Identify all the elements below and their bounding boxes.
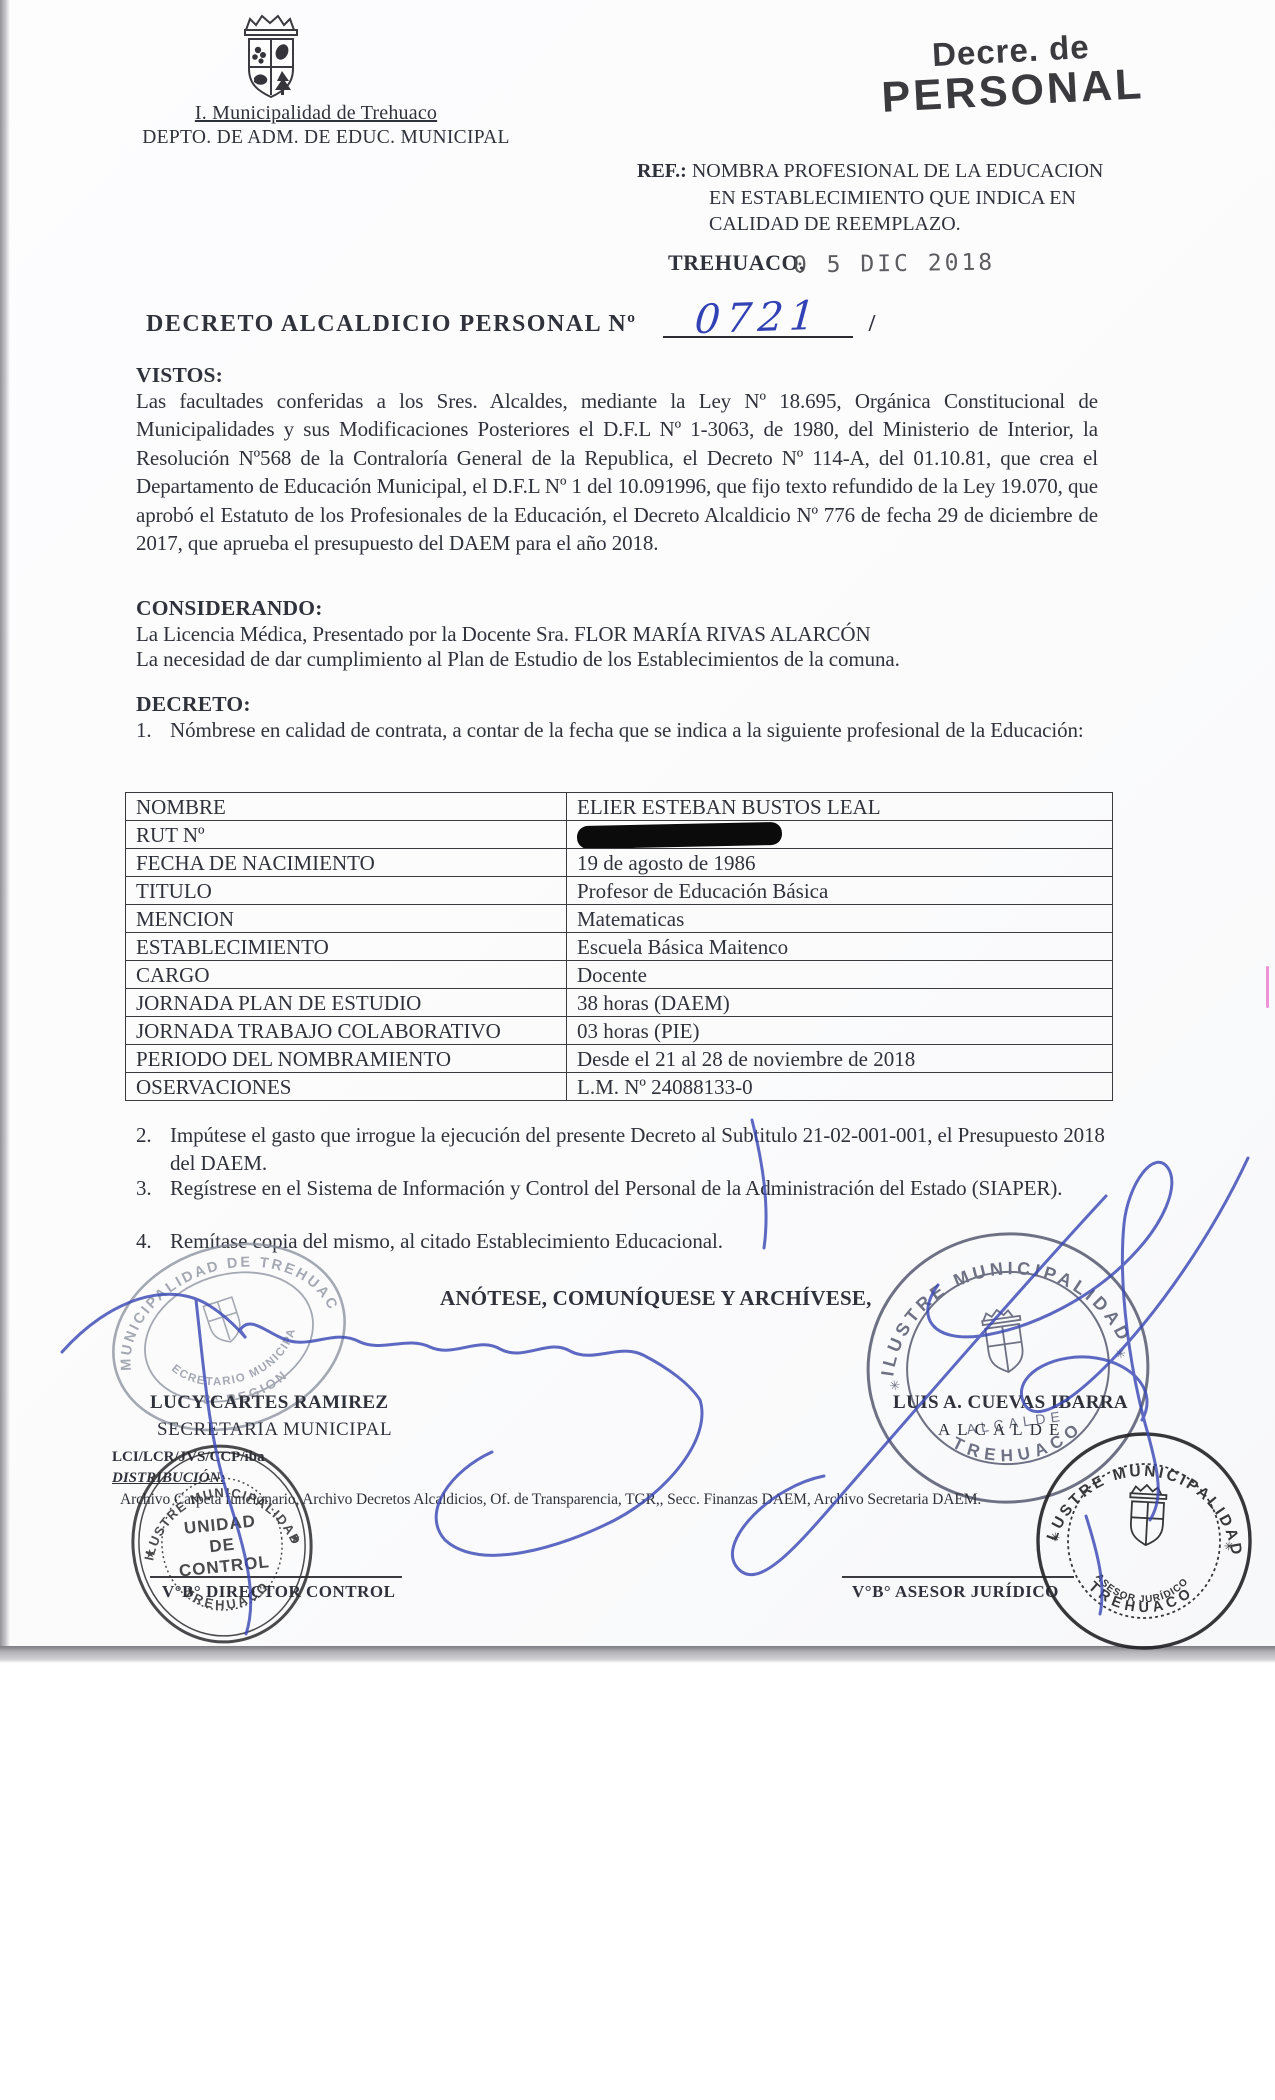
row-label: PERIODO DEL NOMBRAMIENTO <box>126 1045 567 1073</box>
decreto-item-1: 1. Nómbrese en calidad de contrata, a co… <box>136 717 1120 745</box>
decree-number-handwritten: 0721 <box>693 298 822 338</box>
vistos-body: Las facultades conferidas a los Sres. Al… <box>136 387 1098 557</box>
date-stamp: 0 5 DIC 2018 <box>793 250 996 279</box>
decreto-item-2: 2. Impútese el gasto que irrogue la ejec… <box>136 1122 1120 1177</box>
ref-label: REF.: <box>637 160 687 182</box>
ref-text-1: NOMBRA PROFESIONAL DE LA EDUCACION <box>692 160 1104 182</box>
row-value: Desde el 21 al 28 de noviembre de 2018 <box>567 1045 1113 1073</box>
item-text: Nómbrese en calidad de contrata, a conta… <box>170 717 1120 745</box>
table-row: FECHA DE NACIMIENTO19 de agosto de 1986 <box>126 849 1113 877</box>
row-label: OSERVACIONES <box>126 1073 567 1101</box>
row-label: JORNADA TRABAJO COLABORATIVO <box>126 1017 567 1045</box>
secretary-name: LUCY CARTES RAMIREZ <box>150 1392 388 1414</box>
scan-bottom-shadow <box>0 1646 1275 1663</box>
row-label: MENCION <box>126 905 567 933</box>
item-number: 3. <box>136 1175 170 1203</box>
vistos-heading: VISTOS: <box>136 363 223 388</box>
row-value: Docente <box>567 961 1113 989</box>
row-label: NOMBRE <box>126 793 567 821</box>
table-row: MENCIONMatematicas <box>126 905 1113 933</box>
scan-left-shadow <box>0 0 10 1652</box>
dateline-city: TREHUACO, <box>668 250 805 276</box>
mayor-name: LUIS A. CUEVAS IBARRA <box>893 1392 1128 1414</box>
ref-line1: REF.: NOMBRA PROFESIONAL DE LA EDUCACION <box>637 158 1137 185</box>
row-value: ELIER ESTEBAN BUSTOS LEAL <box>567 793 1113 821</box>
row-label: CARGO <box>126 961 567 989</box>
vb-right-rule <box>842 1576 1074 1578</box>
crest-crown <box>246 16 294 30</box>
drafting-initials: LCI/LCR/JVS/CCP/iba <box>112 1449 265 1466</box>
ref-text-3: CALIDAD DE REEMPLAZO. <box>637 211 1137 238</box>
vb-asesor-juridico: V°B° ASESOR JURÍDICO <box>852 1582 1059 1602</box>
ref-block: REF.: NOMBRA PROFESIONAL DE LA EDUCACION… <box>637 158 1137 238</box>
row-value <box>567 821 1113 849</box>
decreto-heading: DECRETO: <box>136 692 251 717</box>
table-row: TITULOProfesor de Educación Básica <box>126 877 1113 905</box>
item-number: 4. <box>136 1228 170 1256</box>
table-row: CARGODocente <box>126 961 1113 989</box>
vb-director-control: V°B° DIRECTOR CONTROL <box>162 1582 395 1602</box>
appointment-table: NOMBREELIER ESTEBAN BUSTOS LEAL RUT Nº F… <box>125 792 1113 1101</box>
considerando-line2: La necesidad de dar cumplimiento al Plan… <box>136 647 1116 672</box>
decreto-item-3: 3. Regístrese en el Sistema de Informaci… <box>136 1175 1120 1203</box>
decree-title-label: DECRETO ALCALDICIO PERSONAL Nº <box>146 311 637 338</box>
table-row: RUT Nº <box>126 821 1113 849</box>
row-value: Profesor de Educación Básica <box>567 877 1113 905</box>
table-row: PERIODO DEL NOMBRAMIENTODesde el 21 al 2… <box>126 1045 1113 1073</box>
municipality-name: I. Municipalidad de Trehuaco <box>160 102 472 125</box>
table-row: OSERVACIONESL.M. Nº 24088133-0 <box>126 1073 1113 1101</box>
decree-number-slash: / <box>869 311 876 338</box>
department-name: DEPTO. DE ADM. DE EDUC. MUNICIPAL <box>140 127 512 149</box>
item-number: 2. <box>136 1122 170 1177</box>
row-value: Matematicas <box>567 905 1113 933</box>
scanned-decree-page: I. Municipalidad de Trehuaco DEPTO. DE A… <box>0 0 1275 2100</box>
considerando-line1: La Licencia Médica, Presentado por la Do… <box>136 622 1116 647</box>
row-value: L.M. Nº 24088133-0 <box>567 1073 1113 1101</box>
scan-pink-artifact <box>1266 966 1269 1008</box>
mayor-title: ALCALDE <box>938 1420 1066 1440</box>
table-row: NOMBREELIER ESTEBAN BUSTOS LEAL <box>126 793 1113 821</box>
table-row: JORNADA PLAN DE ESTUDIO38 horas (DAEM) <box>126 989 1113 1017</box>
item-text: Remítase copia del mismo, al citado Esta… <box>170 1228 1120 1256</box>
item-number: 1. <box>136 717 170 745</box>
row-label: ESTABLECIMIENTO <box>126 933 567 961</box>
considerando-heading: CONSIDERANDO: <box>136 596 323 621</box>
decree-number-line: DECRETO ALCALDICIO PERSONAL Nº 0721 / <box>146 300 875 338</box>
secretary-title: SECRETARIA MUNICIPAL <box>157 1419 392 1441</box>
personal-classification-stamp: Decre. de PERSONAL <box>860 26 1164 121</box>
redaction-mark <box>577 821 782 848</box>
vb-left-rule <box>150 1576 402 1578</box>
row-value: 38 horas (DAEM) <box>567 989 1113 1017</box>
row-value: 03 horas (PIE) <box>567 1017 1113 1045</box>
row-label: JORNADA PLAN DE ESTUDIO <box>126 989 567 1017</box>
table-row: JORNADA TRABAJO COLABORATIVO03 horas (PI… <box>126 1017 1113 1045</box>
closing-formula: ANÓTESE, COMUNÍQUESE Y ARCHÍVESE, <box>440 1286 872 1311</box>
item-text: Regístrese en el Sistema de Información … <box>170 1175 1120 1203</box>
ref-text-2: EN ESTABLECIMIENTO QUE INDICA EN <box>637 185 1137 212</box>
row-label: TITULO <box>126 877 567 905</box>
item-text: Impútese el gasto que irrogue la ejecuci… <box>170 1122 1120 1177</box>
table-row: ESTABLECIMIENTOEscuela Básica Maitenco <box>126 933 1113 961</box>
row-label: RUT Nº <box>126 821 567 849</box>
distribution-label: DISTRIBUCIÓN: <box>112 1470 225 1487</box>
decreto-item-4: 4. Remítase copia del mismo, al citado E… <box>136 1228 1120 1256</box>
row-value: 19 de agosto de 1986 <box>567 849 1113 877</box>
decree-number-underline: 0721 <box>663 300 853 338</box>
row-value: Escuela Básica Maitenco <box>567 933 1113 961</box>
row-label: FECHA DE NACIMIENTO <box>126 849 567 877</box>
municipal-crest-logo <box>228 10 314 104</box>
distribution-list: Archivo Carpeta funcionario, Archivo Dec… <box>120 1491 1170 1509</box>
